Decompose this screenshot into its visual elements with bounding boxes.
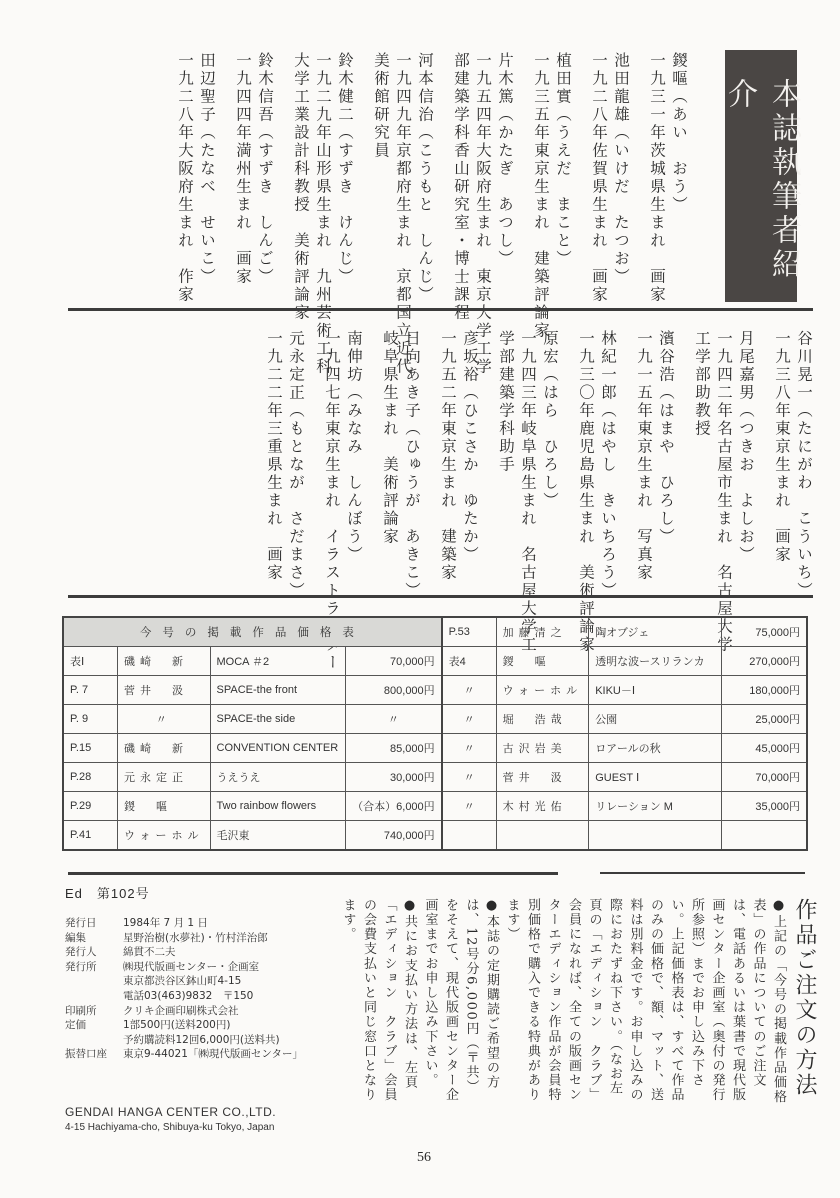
colophon-row: 電話03(463)9832 〒150: [65, 989, 303, 1004]
contributor-name: 谷川晃一（たにがわ こういち）: [793, 330, 815, 580]
colophon-key: 編集: [65, 931, 123, 946]
price-cell: 180,000円: [721, 676, 807, 705]
artist-cell: 元永定正: [117, 763, 210, 792]
contributor-name: 鈴木信吾（すずき しんご）: [254, 52, 276, 292]
page-cell: 〃: [442, 705, 496, 734]
section-divider-bottom-right: [600, 872, 805, 874]
price-cell: 30,000円: [346, 763, 442, 792]
contributor-name: 鍐嘔（あい おう）: [668, 52, 690, 292]
contributors-title-box: 本誌執筆者紹介: [725, 50, 797, 302]
colophon-value: 予約購読料12回6,000円(送料共): [123, 1033, 280, 1048]
colophon-key: 発行日: [65, 916, 123, 931]
price-table-row: P.41ウォーホル毛沢東740,000円: [63, 821, 807, 851]
contributor-bio: 一九三一年茨城県生まれ 画家: [646, 52, 668, 292]
contributor-bio: 一九三五年東京生まれ 建築評論家: [530, 52, 552, 292]
order-method-body: ●上記の「今号の掲載作品価格表」の作品についてのご注文は、電話あるいは葉書で現代…: [337, 898, 788, 1108]
artist-cell: 菅井 汲: [496, 763, 589, 792]
colophon-key: [65, 974, 123, 989]
page-cell: P.15: [63, 734, 117, 763]
contributors-title: 本誌執筆者紹介: [717, 78, 805, 302]
artist-cell: [496, 821, 589, 851]
contributor-name: 河本信治（こうもと しんじ）: [414, 52, 436, 292]
contributor-entry: 田辺聖子（たなべ せいこ）一九二八年大阪府生まれ 作家: [174, 52, 218, 292]
company-address-en: 4-15 Hachiyama-cho, Shibuya-ku Tokyo, Ja…: [65, 1122, 274, 1133]
contributor-name: 濱谷浩（はまや ひろし）: [655, 330, 677, 580]
price-cell: 25,000円: [721, 705, 807, 734]
artist-cell: 鍐 嘔: [117, 792, 210, 821]
work-cell: 透明な波ースリランカ: [589, 647, 721, 676]
artist-cell: 磯崎 新: [117, 647, 210, 676]
contributors-list-bottom: 谷川晃一（たにがわ こういち）一九三八年東京生まれ 画家月尾嘉男（つきお よしお…: [249, 330, 815, 580]
artist-cell: 堀 浩哉: [496, 705, 589, 734]
order-paragraph: ●上記の「今号の掲載作品価格表」の作品についてのご注文は、電話あるいは葉書で現代…: [501, 898, 788, 1108]
price-cell: 35,000円: [721, 792, 807, 821]
colophon-key: [65, 1033, 123, 1048]
section-divider-middle: [68, 595, 813, 598]
work-cell: [589, 821, 721, 851]
contributor-bio: 一九四三年岐阜県生まれ 名古屋大学工: [517, 330, 539, 580]
contributor-bio: 一九四二年名古屋市生まれ 名古屋大学: [713, 330, 735, 580]
artist-cell: 古沢岩美: [496, 734, 589, 763]
contributor-name: 鈴木健二（すずき けんじ）: [334, 52, 356, 292]
work-cell: MOCA ＃2: [210, 647, 346, 676]
contributor-bio: 一九四七年東京生まれ イラストライター: [321, 330, 343, 580]
contributor-entry: 原宏（はら ひろし）一九四三年岐阜県生まれ 名古屋大学工学部建築学科助手: [495, 330, 561, 580]
page-cell: P.29: [63, 792, 117, 821]
price-cell: （合本）6,000円: [346, 792, 442, 821]
colophon-row: 印刷所クリキ企画印刷株式会社: [65, 1004, 303, 1019]
work-cell: SPACE-the front: [210, 676, 346, 705]
price-cell: 70,000円: [346, 647, 442, 676]
contributor-entry: 河本信治（こうもと しんじ）一九四九年京都府生まれ 京都国立近代美術館研究員: [370, 52, 436, 292]
work-cell: 公園: [589, 705, 721, 734]
work-cell: SPACE-the side: [210, 705, 346, 734]
artist-cell: 菅井 汲: [117, 676, 210, 705]
colophon-value: 電話03(463)9832 〒150: [123, 989, 253, 1004]
work-cell: うえうえ: [210, 763, 346, 792]
work-cell: GUEST Ⅰ: [589, 763, 721, 792]
page-cell: P.28: [63, 763, 117, 792]
page-cell: 表Ⅰ: [63, 647, 117, 676]
colophon-row: 振替口座東京9-44021「㈱現代版画センター」: [65, 1047, 303, 1062]
artist-cell: 磯崎 新: [117, 734, 210, 763]
contributor-bio: 学部建築学科助手: [495, 330, 517, 580]
contributor-name: 月尾嘉男（つきお よしお）: [735, 330, 757, 580]
contributor-entry: 鍐嘔（あい おう）一九三一年茨城県生まれ 画家: [646, 52, 690, 292]
contributor-bio: 大学工業設計科教授 美術評論家: [290, 52, 312, 292]
colophon-value: 星野治樹(水夢社)・竹村洋治郎: [123, 931, 268, 946]
page-cell: [442, 821, 496, 851]
contributor-entry: 鈴木信吾（すずき しんご）一九四四年満州生まれ 画家: [232, 52, 276, 292]
order-method-title: 作品ご注文の方法: [789, 898, 820, 1098]
contributor-entry: 月尾嘉男（つきお よしお）一九四二年名古屋市生まれ 名古屋大学工学部助教授: [691, 330, 757, 580]
colophon-key: 発行人: [65, 945, 123, 960]
artist-cell: 〃: [117, 705, 210, 734]
work-cell: 毛沢東: [210, 821, 346, 851]
colophon-row: 編集星野治樹(水夢社)・竹村洋治郎: [65, 931, 303, 946]
contributor-bio: 部建築学科香山研究室・博士課程: [450, 52, 472, 292]
price-cell: 45,000円: [721, 734, 807, 763]
contributor-name: 南伸坊（みなみ しんぼう）: [343, 330, 365, 580]
colophon-value: 1984年 7 月 1 日: [123, 916, 208, 931]
contributor-name: 原宏（はら ひろし）: [539, 330, 561, 580]
price-table-row: P.28元永定正うえうえ30,000円〃菅井 汲GUEST Ⅰ70,000円: [63, 763, 807, 792]
price-cell: 270,000円: [721, 647, 807, 676]
issue-number: Ed 第102号: [65, 883, 150, 902]
contributor-bio: 一九三八年東京生まれ 画家: [771, 330, 793, 580]
contributor-entry: 彦坂裕（ひこさか ゆたか）一九五二年東京生まれ 建築家: [437, 330, 481, 580]
contributor-name: 片木篤（かたぎ あつし）: [494, 52, 516, 292]
colophon-key: 印刷所: [65, 1004, 123, 1019]
price-table-row: P. 7菅井 汲SPACE-the front800,000円〃ウォーホルKIK…: [63, 676, 807, 705]
contributor-entry: 元永定正（もとなが さだまさ）一九二二年三重県生まれ 画家: [263, 330, 307, 580]
price-table-row: 表Ⅰ磯崎 新MOCA ＃270,000円表4鍐 嘔透明な波ースリランカ270,0…: [63, 647, 807, 676]
price-cell: 70,000円: [721, 763, 807, 792]
colophon: 発行日1984年 7 月 1 日編集星野治樹(水夢社)・竹村洋治郎発行人綿貫不二…: [65, 916, 303, 1062]
colophon-value: 東京9-44021「㈱現代版画センター」: [123, 1047, 303, 1062]
colophon-value: ㈱現代版画センター・企画室: [123, 960, 259, 975]
contributor-bio: 岐阜県生まれ 美術評論家: [379, 330, 401, 580]
price-cell: [721, 821, 807, 851]
colophon-value: クリキ企画印刷株式会社: [123, 1004, 239, 1019]
page-cell: 〃: [442, 676, 496, 705]
colophon-value: 綿貫不二夫: [123, 945, 176, 960]
contributor-entry: 片木篤（かたぎ あつし）一九五四年大阪府生まれ 東京大学工学部建築学科香山研究室…: [450, 52, 516, 292]
work-cell: 陶オブジェ: [589, 617, 721, 647]
artist-cell: ウォーホル: [496, 676, 589, 705]
page-cell: 〃: [442, 734, 496, 763]
contributors-list-top: 鍐嘔（あい おう）一九三一年茨城県生まれ 画家池田龍雄（いけだ たつお）一九二八…: [160, 52, 690, 292]
contributor-bio: 一九二八年佐賀県生まれ 画家: [588, 52, 610, 292]
colophon-row: 発行日1984年 7 月 1 日: [65, 916, 303, 931]
contributor-entry: 濱谷浩（はまや ひろし）一九一五年東京生まれ 写真家: [633, 330, 677, 580]
page-cell: 〃: [442, 792, 496, 821]
contributor-entry: 林紀一郎（はやし きいちろう）一九三〇年鹿児島県生まれ 美術評論家: [575, 330, 619, 580]
page-cell: P.53: [442, 617, 496, 647]
artist-cell: 鍐 嘔: [496, 647, 589, 676]
colophon-row: 予約購読料12回6,000円(送料共): [65, 1033, 303, 1048]
contributor-bio: 一九五二年東京生まれ 建築家: [437, 330, 459, 580]
page-cell: P.41: [63, 821, 117, 851]
page-cell: 〃: [442, 763, 496, 792]
order-paragraph: ●本誌の定期購読ご希望の方は、12号分6,000円（〒共）をそえて、現代版画セン…: [419, 898, 501, 1108]
colophon-value: 東京都渋谷区鉢山町4-15: [123, 974, 241, 989]
price-table-row: P.15磯崎 新CONVENTION CENTER85,000円〃古沢岩美ロアー…: [63, 734, 807, 763]
page-number: 56: [417, 1150, 431, 1166]
contributor-bio: 一九五四年大阪府生まれ 東京大学工学: [472, 52, 494, 292]
contributor-bio: 一九四四年満州生まれ 画家: [232, 52, 254, 292]
colophon-value: 1部500円(送料200円): [123, 1018, 230, 1033]
company-name-en: GENDAI HANGA CENTER CO.,LTD.: [65, 1105, 276, 1119]
contributor-name: 田辺聖子（たなべ せいこ）: [196, 52, 218, 292]
work-cell: CONVENTION CENTER: [210, 734, 346, 763]
contributor-name: 林紀一郎（はやし きいちろう）: [597, 330, 619, 580]
contributor-bio: 一九二九年山形県生まれ 九州芸術工科: [312, 52, 334, 292]
artist-cell: ウォーホル: [117, 821, 210, 851]
contributor-bio: 美術館研究員: [370, 52, 392, 292]
price-table-row: P.29鍐 嘔Two rainbow flowers（合本）6,000円〃木村光…: [63, 792, 807, 821]
artist-cell: 木村光佑: [496, 792, 589, 821]
colophon-key: 発行所: [65, 960, 123, 975]
contributor-bio: 一九一五年東京生まれ 写真家: [633, 330, 655, 580]
price-table-row: 今号の掲載作品価格表P.53加藤清之陶オブジェ75,000円: [63, 617, 807, 647]
contributor-entry: 谷川晃一（たにがわ こういち）一九三八年東京生まれ 画家: [771, 330, 815, 580]
price-table-title: 今号の掲載作品価格表: [63, 617, 442, 647]
contributor-entry: 植田實（うえだ まこと）一九三五年東京生まれ 建築評論家: [530, 52, 574, 292]
contributor-entry: 南伸坊（みなみ しんぼう）一九四七年東京生まれ イラストライター: [321, 330, 365, 580]
price-cell: 800,000円: [346, 676, 442, 705]
price-cell: 740,000円: [346, 821, 442, 851]
page-cell: P. 7: [63, 676, 117, 705]
contributor-name: 植田實（うえだ まこと）: [552, 52, 574, 292]
contributor-entry: 池田龍雄（いけだ たつお）一九二八年佐賀県生まれ 画家: [588, 52, 632, 292]
price-table-row: P. 9〃SPACE-the side〃〃堀 浩哉公園25,000円: [63, 705, 807, 734]
work-cell: ロアールの秋: [589, 734, 721, 763]
price-table: 今号の掲載作品価格表P.53加藤清之陶オブジェ75,000円表Ⅰ磯崎 新MOCA…: [62, 616, 808, 851]
contributor-entry: 日向あき子（ひゅうが あきこ）岐阜県生まれ 美術評論家: [379, 330, 423, 580]
page-cell: 表4: [442, 647, 496, 676]
colophon-row: 発行人綿貫不二夫: [65, 945, 303, 960]
section-divider-top: [68, 308, 813, 311]
price-cell: 85,000円: [346, 734, 442, 763]
work-cell: KIKU－Ⅰ: [589, 676, 721, 705]
contributor-name: 元永定正（もとなが さだまさ）: [285, 330, 307, 580]
page-cell: P. 9: [63, 705, 117, 734]
contributor-name: 彦坂裕（ひこさか ゆたか）: [459, 330, 481, 580]
colophon-row: 発行所㈱現代版画センター・企画室: [65, 960, 303, 975]
contributor-bio: 工学部助教授: [691, 330, 713, 580]
colophon-key: [65, 989, 123, 1004]
artist-cell: 加藤清之: [496, 617, 589, 647]
colophon-row: 東京都渋谷区鉢山町4-15: [65, 974, 303, 989]
work-cell: リレーション M: [589, 792, 721, 821]
contributor-bio: 一九四九年京都府生まれ 京都国立近代: [392, 52, 414, 292]
section-divider-bottom-left: [68, 872, 558, 875]
contributor-name: 池田龍雄（いけだ たつお）: [610, 52, 632, 292]
contributor-bio: 一九三〇年鹿児島県生まれ 美術評論家: [575, 330, 597, 580]
contributor-bio: 一九二二年三重県生まれ 画家: [263, 330, 285, 580]
contributor-name: 日向あき子（ひゅうが あきこ）: [401, 330, 423, 580]
price-cell: 〃: [346, 705, 442, 734]
colophon-row: 定価1部500円(送料200円): [65, 1018, 303, 1033]
order-paragraph: ●共にお支払い方法は、左頁「エディション クラブ」会員の会費支払いと同じ窓口とな…: [337, 898, 419, 1108]
contributor-entry: 鈴木健二（すずき けんじ）一九二九年山形県生まれ 九州芸術工科大学工業設計科教授…: [290, 52, 356, 292]
colophon-key: 振替口座: [65, 1047, 123, 1062]
colophon-key: 定価: [65, 1018, 123, 1033]
work-cell: Two rainbow flowers: [210, 792, 346, 821]
price-cell: 75,000円: [721, 617, 807, 647]
contributor-bio: 一九二八年大阪府生まれ 作家: [174, 52, 196, 292]
